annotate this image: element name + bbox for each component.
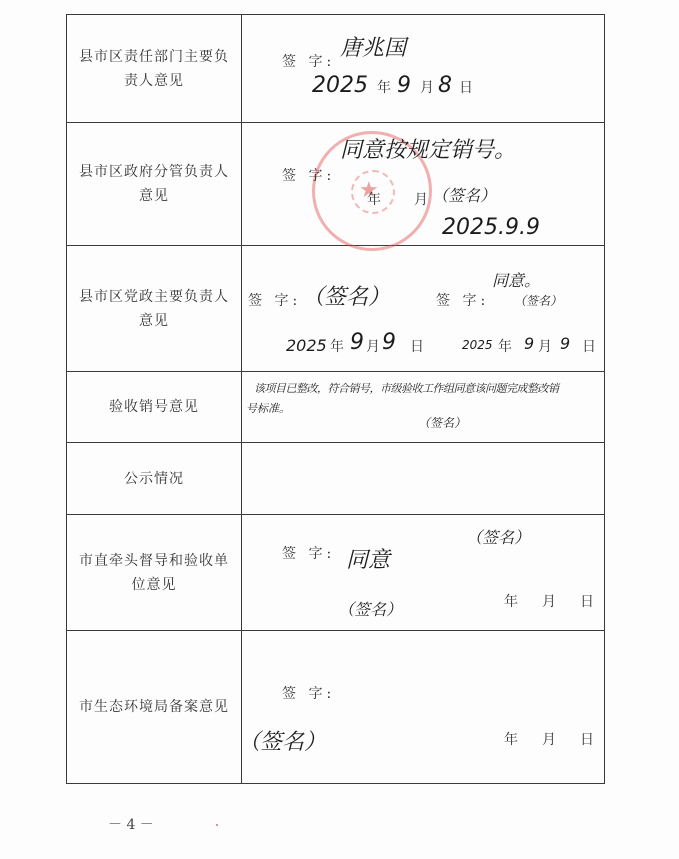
row-content: 该项目已整改，符合销号，市级验收工作组同意该问题完成整改销 号标准。 （签名）	[242, 372, 605, 443]
date-year: 2025	[312, 73, 368, 98]
date-year-left: 2025	[286, 336, 327, 355]
sign-label: 签 字:	[282, 543, 335, 563]
row-content: 签 字: （签名） 2025 年 9 月 9 日 签 字: 同意。 （签名） 2…	[242, 246, 605, 372]
sign-label-left: 签 字:	[248, 290, 301, 310]
form-row-ecology-bureau-filing: 市生态环境局备案意见 签 字: （签名） 年 月 日	[67, 631, 605, 784]
document-page: 县市区责任部门主要负责人意见 签 字: 唐兆国 2025 年 9 月 8 日 县…	[0, 0, 679, 859]
row-content: ★ 签 字: 同意按规定销号。 年 月 （签名） 2025.9.9	[242, 123, 605, 246]
row-content: 签 字: 唐兆国 2025 年 9 月 8 日	[242, 15, 605, 123]
row-label: 市生态环境局备案意见	[67, 631, 242, 784]
row-content: 签 字: 同意 （签名） （签名） 年 月 日	[242, 515, 605, 631]
form-row-acceptance-opinion: 验收销号意见 该项目已整改，符合销号，市级验收工作组同意该问题完成整改销 号标准…	[67, 372, 605, 443]
sign-label-right: 签 字:	[436, 290, 489, 310]
row-content	[242, 443, 605, 515]
handwritten-comment: 同意	[346, 543, 390, 574]
handwritten-signature-left: （签名）	[302, 280, 390, 311]
sign-label: 签 字:	[282, 51, 335, 71]
handwritten-comment-line2: 号标准。	[246, 400, 290, 416]
handwritten-signature: （签名）	[432, 183, 496, 206]
row-label: 县市区党政主要负责人意见	[67, 246, 242, 372]
date-day-right: 9	[560, 334, 570, 353]
form-row-party-government-head: 县市区党政主要负责人意见 签 字: （签名） 2025 年 9 月 9 日 签 …	[67, 246, 605, 372]
row-label: 县市区政府分管负责人意见	[67, 123, 242, 246]
form-row-city-supervision: 市直牵头督导和验收单位意见 签 字: 同意 （签名） （签名） 年 月 日	[67, 515, 605, 631]
approval-form-table: 县市区责任部门主要负责人意见 签 字: 唐兆国 2025 年 9 月 8 日 县…	[66, 14, 605, 784]
row-label: 县市区责任部门主要负责人意见	[67, 15, 242, 123]
date-day-left: 9	[382, 330, 396, 355]
sign-label: 签 字:	[282, 165, 335, 185]
row-label: 验收销号意见	[67, 372, 242, 443]
date-month-left: 9	[350, 330, 364, 355]
page-number: － 4 －	[108, 814, 154, 834]
handwritten-comment-right: 同意。	[492, 268, 540, 291]
form-row-government-lead: 县市区政府分管负责人意见 ★ 签 字: 同意按规定销号。 年 月 （签名） 20…	[67, 123, 605, 246]
row-label: 市直牵头督导和验收单位意见	[67, 515, 242, 631]
date-day: 8	[438, 73, 452, 98]
handwritten-signature-right: （签名）	[514, 292, 562, 309]
handwritten-date: 2025.9.9	[442, 215, 540, 240]
form-row-department-head: 县市区责任部门主要负责人意见 签 字: 唐兆国 2025 年 9 月 8 日	[67, 15, 605, 123]
handwritten-comment-line1: 该项目已整改，符合销号，市级验收工作组同意该问题完成整改销	[254, 380, 559, 396]
form-row-public-notice: 公示情况	[67, 443, 605, 515]
row-content: 签 字: （签名） 年 月 日	[242, 631, 605, 784]
handwritten-signature: （签名）	[418, 414, 466, 431]
date-month: 9	[397, 73, 411, 98]
handwritten-signature-2: （签名）	[338, 597, 402, 620]
sign-label: 签 字:	[282, 683, 335, 703]
row-label: 公示情况	[67, 443, 242, 515]
handwritten-signature: （签名）	[238, 725, 326, 756]
handwritten-signature: 唐兆国	[340, 31, 406, 62]
handwritten-signature-1: （签名）	[466, 525, 530, 548]
handwritten-comment: 同意按规定销号。	[340, 133, 516, 164]
scan-speck	[216, 824, 218, 826]
date-year-right: 2025	[462, 338, 493, 352]
date-month-right: 9	[524, 334, 534, 353]
